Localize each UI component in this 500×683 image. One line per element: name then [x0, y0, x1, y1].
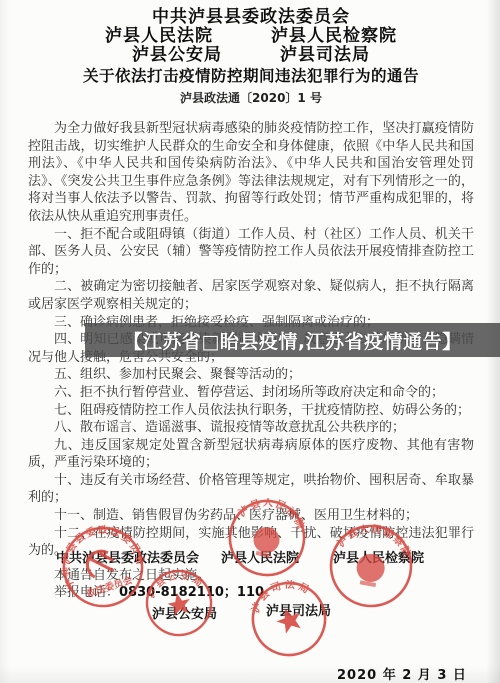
caption-text: 【江苏省□眙县疫情,江苏省疫情通告】 — [123, 327, 461, 354]
signature-sifaju: 泸县司法局 — [266, 600, 331, 619]
hotline-label: 举报电话： — [54, 585, 119, 600]
header-justice-bureau: 泸县司法局 — [280, 46, 370, 65]
closing-line: 本通告自发布之日起实施。 — [28, 567, 474, 585]
doc-body: 为全力做好我县新型冠状病毒感染的肺炎疫情防控工作，坚决打赢疫情防控阻击战，切实维… — [28, 120, 474, 602]
signature-gongan: 泸县公安局 — [152, 603, 217, 622]
doc-title: 关于依法打击疫情防控期间违法犯罪行为的通告 — [28, 66, 474, 86]
notice-item: 十、违反有关市场经营、价格管理等规定，哄抬物价、囤积居奇、牟取暴利的； — [28, 472, 474, 507]
header-court: 泸县人民法院 — [105, 27, 213, 46]
document: 中共泸县县委政法委员会 泸县人民法院 泸县人民检察院 泸县公安局 泸县司法局 关… — [28, 8, 474, 602]
notice-item: 一、拒不配合或阻碍镇（街道）工作人员、村（社区）工作人员、机关干部、医务人员、公… — [28, 226, 474, 279]
notice-item: 十一、制造、销售假冒伪劣药品、医疗器械、医用卫生材料的； — [28, 507, 474, 525]
notice-item: 八、散布谣言、造谣滋事、谎报疫情等故意扰乱公共秩序的； — [28, 419, 474, 437]
header-org-line: 中共泸县县委政法委员会 — [28, 8, 474, 27]
notice-item: 十二、在疫情防控期间，实施其他影响、干扰、破坏疫情防控违法犯罪行为的。 — [28, 525, 474, 560]
notice-item: 七、阻碍疫情防控工作人员依法执行职务，干扰疫情防控、妨碍公务的； — [28, 402, 474, 420]
hotline-line: 举报电话：0830-8182110；110 — [28, 584, 474, 602]
notice-item: 九、违反国家规定处置含新型冠状病毒病原体的医疗废物、其他有害物质，严重污染环境的… — [28, 437, 474, 472]
notice-item: 五、组织、参加村民聚会、聚餐等活动的； — [28, 366, 474, 384]
overlay-caption-banner: 【江苏省□眙县疫情,江苏省疫情通告】 — [85, 323, 500, 357]
star-icon — [273, 604, 305, 635]
intro-paragraph: 为全力做好我县新型冠状病毒感染的肺炎疫情防控工作，坚决打赢疫情防控阻击战，切实维… — [28, 120, 474, 226]
header-procuratorate: 泸县人民检察院 — [271, 27, 397, 46]
notice-photo: 中共泸县县委政法委员会 泸县人民法院 泸县人民检察院 泸县公安局 泸县司法局 关… — [0, 0, 500, 683]
notice-item: 六、拒不执行暂停营业、暂停营运、封闭场所等政府决定和命令的； — [28, 384, 474, 402]
doc-number: 泸县政法通〔2020〕1 号 — [28, 89, 474, 107]
header-police: 泸县公安局 — [132, 46, 222, 65]
doc-header: 中共泸县县委政法委员会 泸县人民法院 泸县人民检察院 泸县公安局 泸县司法局 关… — [28, 8, 474, 107]
hotline-numbers: 0830-8182110；110 — [119, 585, 264, 600]
notice-item: 二、被确定为密切接触者、居家医学观察对象、疑似病人，拒不执行隔离或居家医学观察相… — [28, 278, 474, 313]
doc-date: 2020 年 2 月 3 日 — [337, 664, 467, 683]
